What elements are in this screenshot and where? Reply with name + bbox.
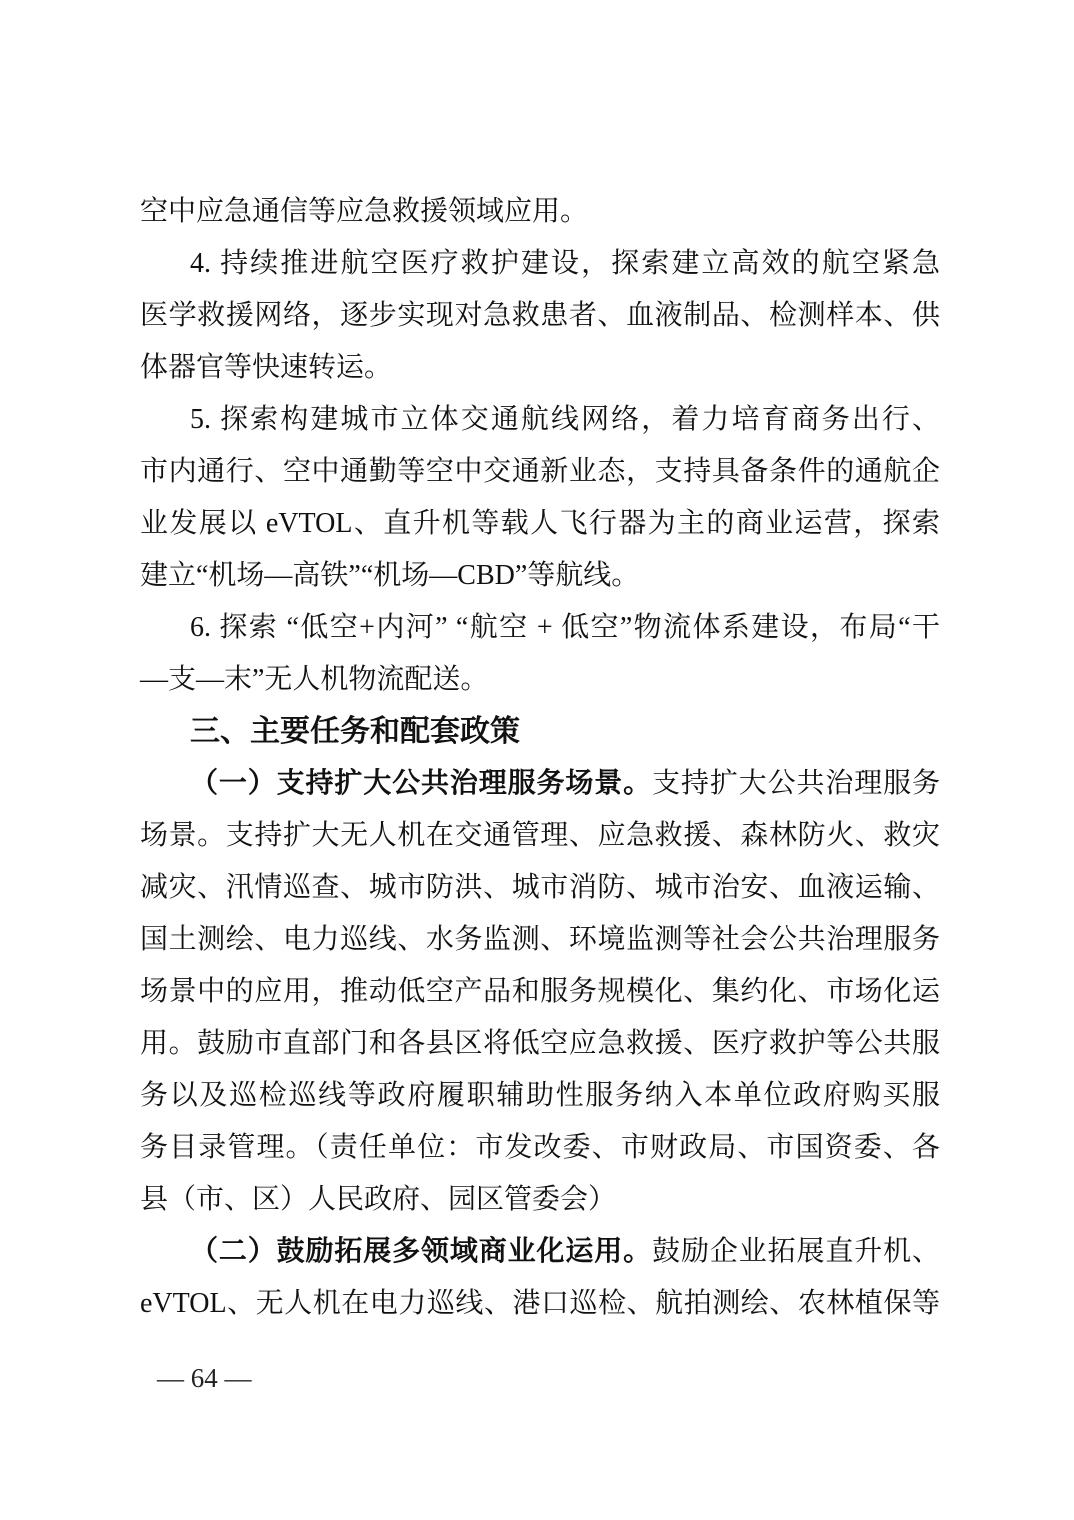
- text-segment: 市内通行、空中通勤等空中交通新业态，支持具备条件的通航企: [140, 456, 940, 487]
- text-segment: 支持扩大公共治理服务: [652, 768, 940, 799]
- document-body: 空中应急通信等应急救援领域应用。4. 持续推进航空医疗救护建设，探索建立高效的航…: [140, 186, 940, 1330]
- paragraph-lead-text: （一）支持扩大公共治理服务场景。: [190, 768, 652, 799]
- text-line: 建立“机场—高铁”“机场—CBD”等航线。: [140, 550, 940, 602]
- text-segment: 县（市、区）人民政府、园区管委会）: [140, 1184, 616, 1215]
- text-line: 市内通行、空中通勤等空中交通新业态，支持具备条件的通航企: [140, 446, 940, 498]
- text-segment: 4. 持续推进航空医疗救护建设，探索建立高效的航空紧急: [190, 248, 940, 279]
- text-line: 业发展以 eVTOL、直升机等载人飞行器为主的商业运营，探索: [140, 498, 940, 550]
- text-line: 空中应急通信等应急救援领域应用。: [140, 186, 940, 238]
- text-line: 减灾、汛情巡查、城市防洪、城市消防、城市治安、血液运输、: [140, 862, 940, 914]
- text-line: —支—末”无人机物流配送。: [140, 654, 940, 706]
- text-line: 用。鼓励市直部门和各县区将低空应急救援、医疗救护等公共服: [140, 1018, 940, 1070]
- text-segment: 国土测绘、电力巡线、水务监测、环境监测等社会公共治理服务: [140, 924, 940, 955]
- text-segment: 空中应急通信等应急救援领域应用。: [140, 196, 588, 227]
- text-line: 县（市、区）人民政府、园区管委会）: [140, 1174, 940, 1226]
- text-segment: 业发展以 eVTOL、直升机等载人飞行器为主的商业运营，探索: [140, 508, 940, 539]
- text-segment: —支—末”无人机物流配送。: [140, 664, 488, 695]
- page-number: — 64 —: [157, 1352, 252, 1404]
- text-line: 6. 探索 “低空+内河” “航空 + 低空”物流体系建设，布局“干: [140, 602, 940, 654]
- text-segment: 6. 探索 “低空+内河” “航空 + 低空”物流体系建设，布局“干: [190, 612, 940, 643]
- document-page: 空中应急通信等应急救援领域应用。4. 持续推进航空医疗救护建设，探索建立高效的航…: [0, 0, 1074, 1520]
- text-segment: 5. 探索构建城市立体交通航线网络，着力培育商务出行、: [190, 404, 940, 435]
- text-segment: 建立“机场—高铁”“机场—CBD”等航线。: [140, 560, 639, 591]
- text-segment: 体器官等快速转运。: [140, 352, 392, 383]
- text-segment: 务目录管理。（责任单位：市发改委、市财政局、市国资委、各: [140, 1132, 940, 1163]
- text-segment: 务以及巡检巡线等政府履职辅助性服务纳入本单位政府购买服: [140, 1080, 940, 1111]
- section-heading: 三、主要任务和配套政策: [140, 706, 940, 758]
- paragraph-lead-text: （二）鼓励拓展多领域商业化运用。: [190, 1236, 652, 1267]
- text-segment: 鼓励企业拓展直升机、: [652, 1236, 940, 1267]
- text-segment: 用。鼓励市直部门和各县区将低空应急救援、医疗救护等公共服: [140, 1028, 940, 1059]
- text-line: 务以及巡检巡线等政府履职辅助性服务纳入本单位政府购买服: [140, 1070, 940, 1122]
- text-line: eVTOL、无人机在电力巡线、港口巡检、航拍测绘、农林植保等: [140, 1278, 940, 1330]
- text-line: 医学救援网络，逐步实现对急救患者、血液制品、检测样本、供: [140, 290, 940, 342]
- text-segment: eVTOL、无人机在电力巡线、港口巡检、航拍测绘、农林植保等: [140, 1288, 940, 1319]
- text-segment: 医学救援网络，逐步实现对急救患者、血液制品、检测样本、供: [140, 300, 940, 331]
- text-segment: 减灾、汛情巡查、城市防洪、城市消防、城市治安、血液运输、: [140, 872, 940, 903]
- text-line: 务目录管理。（责任单位：市发改委、市财政局、市国资委、各: [140, 1122, 940, 1174]
- text-line: 国土测绘、电力巡线、水务监测、环境监测等社会公共治理服务: [140, 914, 940, 966]
- text-line: 4. 持续推进航空医疗救护建设，探索建立高效的航空紧急: [140, 238, 940, 290]
- text-line: （一）支持扩大公共治理服务场景。支持扩大公共治理服务: [140, 758, 940, 810]
- text-segment: 场景。支持扩大无人机在交通管理、应急救援、森林防火、救灾: [140, 820, 940, 851]
- text-segment: 场景中的应用，推动低空产品和服务规模化、集约化、市场化运: [140, 976, 940, 1007]
- text-line: 5. 探索构建城市立体交通航线网络，着力培育商务出行、: [140, 394, 940, 446]
- text-line: 场景。支持扩大无人机在交通管理、应急救援、森林防火、救灾: [140, 810, 940, 862]
- text-segment: 三、主要任务和配套政策: [190, 715, 520, 748]
- text-line: （二）鼓励拓展多领域商业化运用。鼓励企业拓展直升机、: [140, 1226, 940, 1278]
- text-line: 场景中的应用，推动低空产品和服务规模化、集约化、市场化运: [140, 966, 940, 1018]
- text-line: 体器官等快速转运。: [140, 342, 940, 394]
